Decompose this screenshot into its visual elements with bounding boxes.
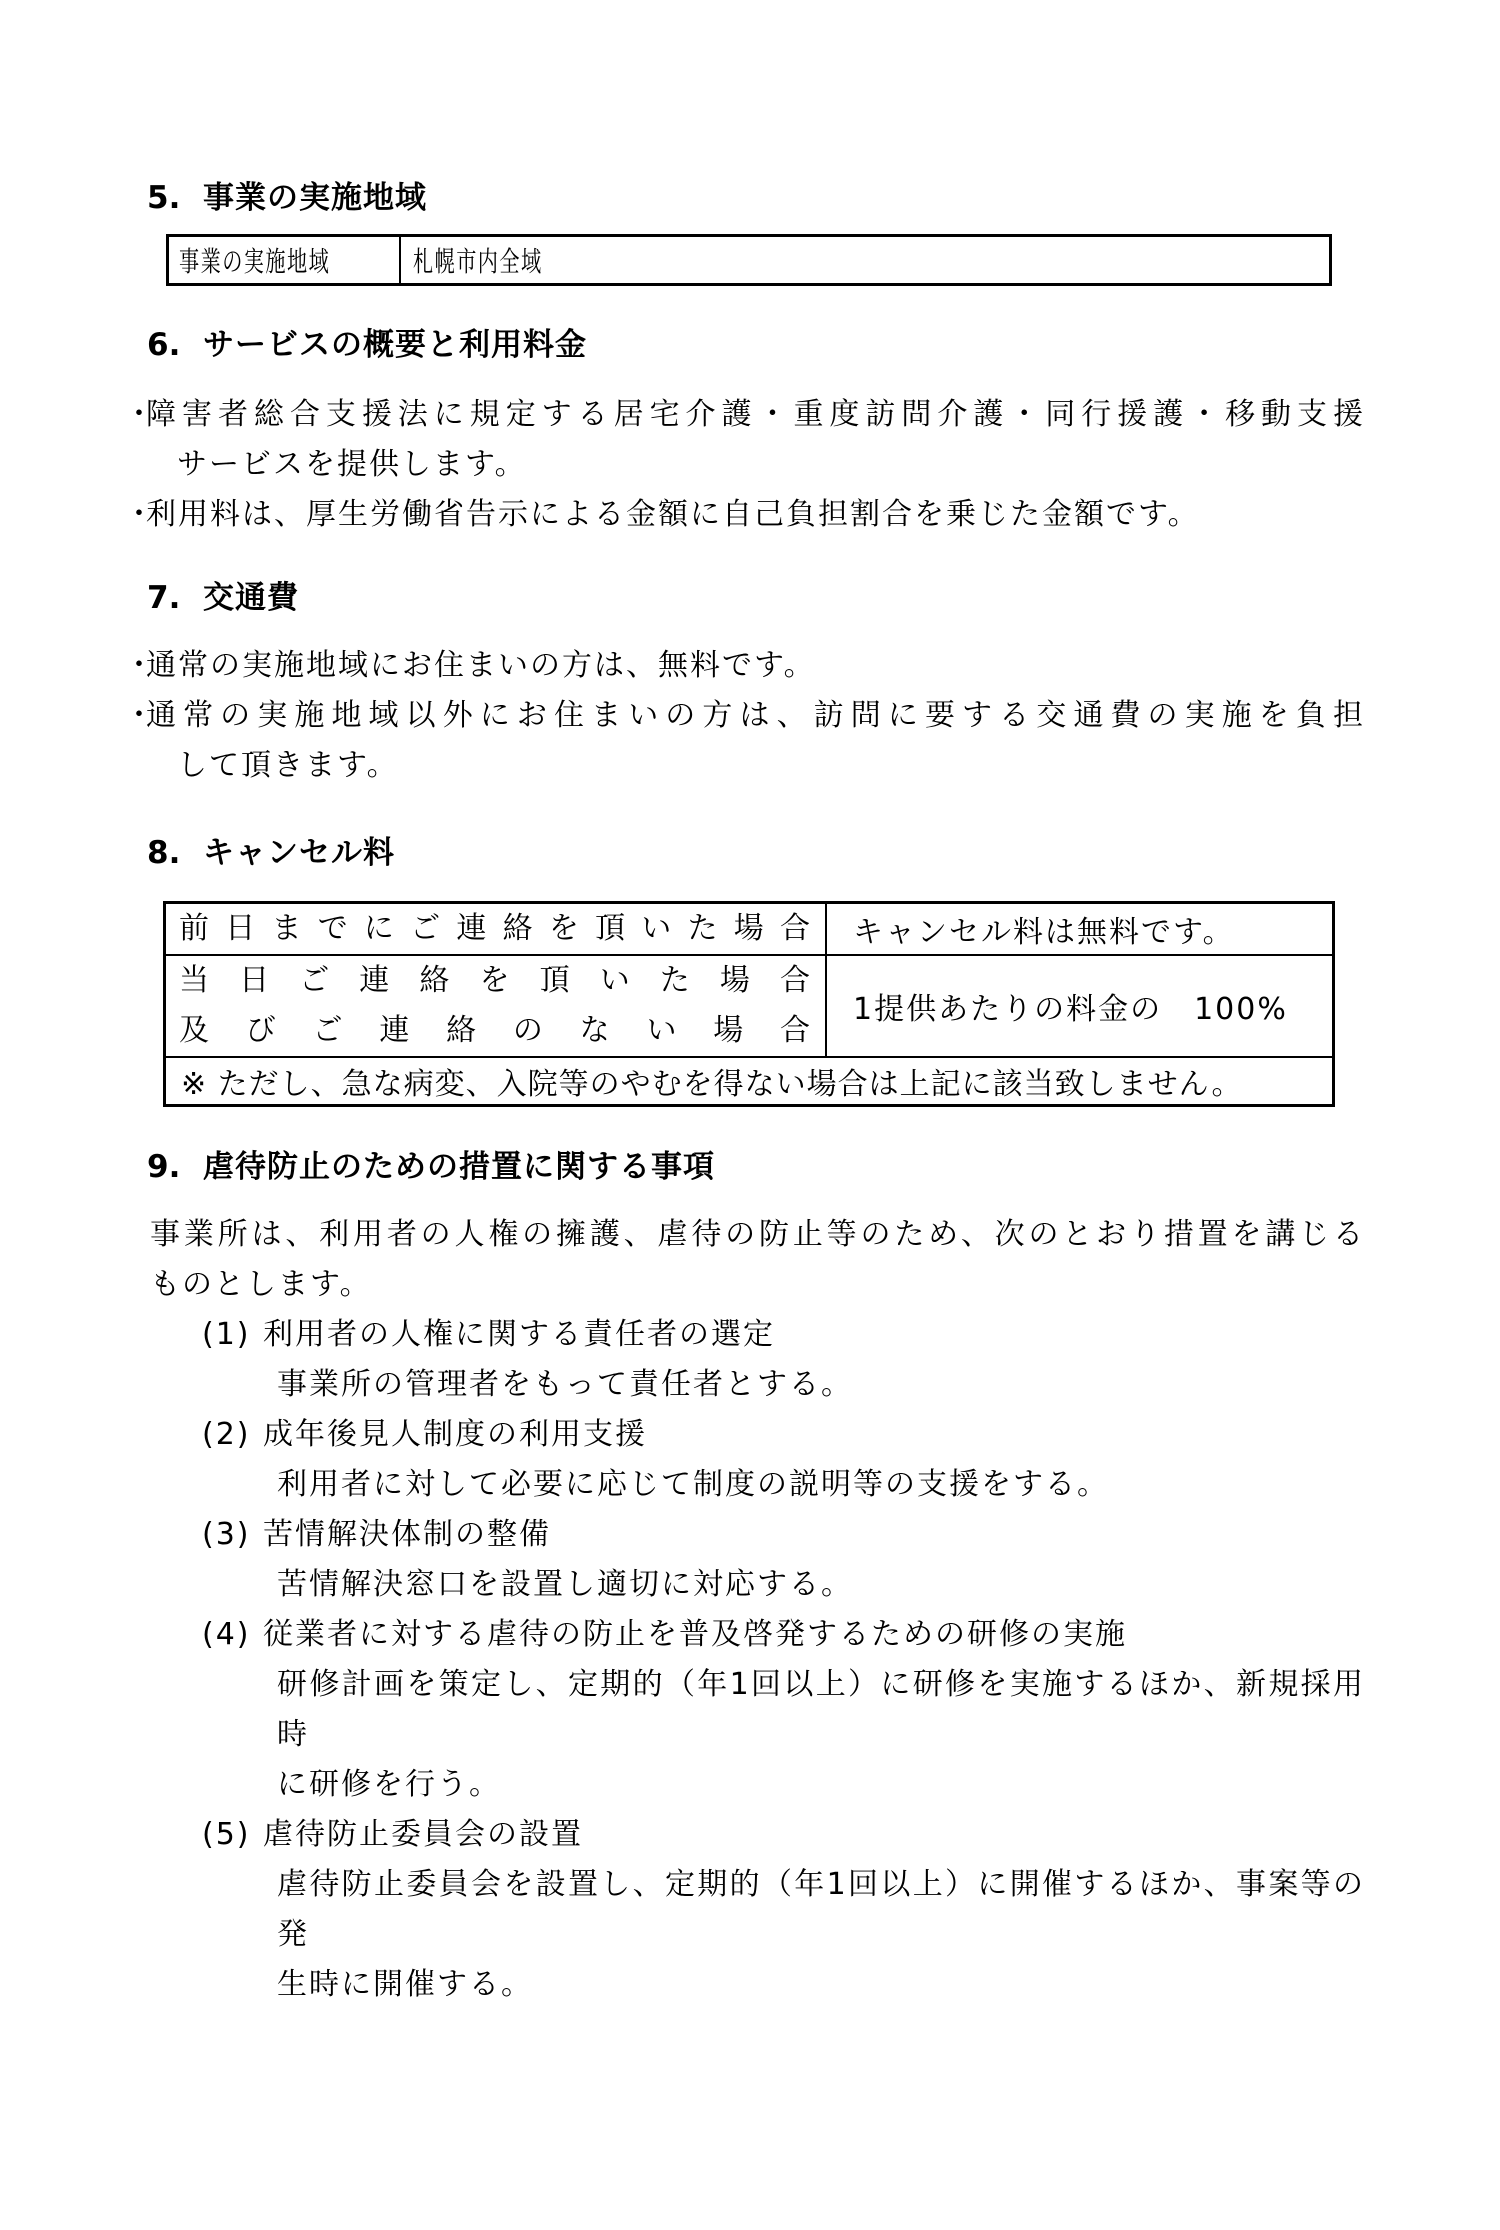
section-9-heading: 9.虐待防止のための措置に関する事項 bbox=[147, 1150, 1500, 1184]
item-detail: 利用者に対して必要に応じて制度の説明等の支援をする。 bbox=[277, 1460, 1365, 1510]
table-row: 当日ご連絡を頂いた場合 及びご連絡のない場合 1提供あたりの料金の 100% bbox=[165, 955, 1334, 1057]
area-label: 事業の実施地域 bbox=[179, 240, 330, 280]
implementation-area-table: 事業の実施地域 札幌市内全域 bbox=[166, 234, 1332, 286]
section-number: 5. bbox=[147, 181, 203, 215]
bottom-margin bbox=[0, 2010, 1500, 2230]
table-row: 前日までにご連絡を頂いた場合 キャンセル料は無料です。 bbox=[165, 903, 1334, 956]
intro-line: ものとします。 bbox=[150, 1260, 1365, 1310]
item-detail: 虐待防止委員会を設置し、定期的（年1回以上）に開催するほか、事案等の発 bbox=[277, 1860, 1365, 1960]
area-label-cell: 事業の実施地域 bbox=[168, 236, 401, 285]
item-detail: に研修を行う。 bbox=[277, 1760, 1365, 1810]
numbered-item-4: (4) 従業者に対する虐待の防止を普及啓発するための研修の実施 研修計画を策定し… bbox=[263, 1610, 1365, 1810]
section-number: 6. bbox=[147, 328, 203, 362]
list-item: ・ 利用料は、厚生労働省告示による金額に自己負担割合を乗じた金額です。 bbox=[146, 490, 1365, 540]
bullet-line: 障害者総合支援法に規定する居宅介護・重度訪問介護・同行援護・移動支援 bbox=[146, 390, 1365, 440]
item-marker: (3) bbox=[202, 1510, 251, 1560]
section-title: 交通費 bbox=[203, 580, 299, 616]
item-detail: 生時に開催する。 bbox=[277, 1960, 1365, 2010]
section-6-heading: 6.サービスの概要と利用料金 bbox=[147, 328, 1500, 362]
numbered-item-2: (2) 成年後見人制度の利用支援 利用者に対して必要に応じて制度の説明等の支援を… bbox=[263, 1410, 1365, 1510]
section-number: 9. bbox=[147, 1150, 203, 1184]
bullet-icon: ・ bbox=[124, 490, 154, 540]
item-title: 虐待防止委員会の設置 bbox=[263, 1810, 1365, 1860]
numbered-item-5: (5) 虐待防止委員会の設置 虐待防止委員会を設置し、定期的（年1回以上）に開催… bbox=[263, 1810, 1365, 2010]
item-title: 従業者に対する虐待の防止を普及啓発するための研修の実施 bbox=[263, 1610, 1365, 1660]
item-detail: 研修計画を策定し、定期的（年1回以上）に研修を実施するほか、新規採用時 bbox=[277, 1660, 1365, 1760]
service-bullets: ・ 障害者総合支援法に規定する居宅介護・重度訪問介護・同行援護・移動支援 サービ… bbox=[0, 390, 1500, 540]
item-marker: (4) bbox=[202, 1610, 251, 1660]
numbered-item-1: (1) 利用者の人権に関する責任者の選定 事業所の管理者をもって責任者とする。 bbox=[263, 1310, 1365, 1410]
section-number: 7. bbox=[147, 581, 203, 615]
item-detail: 事業所の管理者をもって責任者とする。 bbox=[277, 1360, 1365, 1410]
section-title: 事業の実施地域 bbox=[203, 180, 427, 216]
numbered-item-3: (3) 苦情解決体制の整備 苦情解決窓口を設置し適切に対応する。 bbox=[263, 1510, 1365, 1610]
section-8-heading: 8.キャンセル料 bbox=[147, 836, 1500, 870]
bullet-line: サービスを提供します。 bbox=[177, 440, 1365, 490]
item-marker: (5) bbox=[202, 1810, 251, 1860]
table-row: 事業の実施地域 札幌市内全域 bbox=[168, 236, 1331, 285]
cancel-fee-cell: キャンセル料は無料です。 bbox=[826, 903, 1334, 956]
bullet-icon: ・ bbox=[124, 390, 154, 440]
cancel-condition-cell: 前日までにご連絡を頂いた場合 bbox=[165, 903, 827, 956]
bullet-line: 通常の実施地域にお住まいの方は、無料です。 bbox=[146, 641, 1365, 691]
section-title: 虐待防止のための措置に関する事項 bbox=[203, 1149, 715, 1185]
item-title: 成年後見人制度の利用支援 bbox=[263, 1410, 1365, 1460]
abuse-prevention-intro: 事業所は、利用者の人権の擁護、虐待の防止等のため、次のとおり措置を講じる ものと… bbox=[150, 1210, 1365, 1310]
item-marker: (1) bbox=[202, 1310, 251, 1360]
cancel-fee-cell: 1提供あたりの料金の 100% bbox=[826, 955, 1334, 1057]
item-title: 苦情解決体制の整備 bbox=[263, 1510, 1365, 1560]
item-title: 利用者の人権に関する責任者の選定 bbox=[263, 1310, 1365, 1360]
bullet-line: 利用料は、厚生労働省告示による金額に自己負担割合を乗じた金額です。 bbox=[146, 490, 1365, 540]
bullet-icon: ・ bbox=[124, 641, 154, 691]
section-5-heading: 5.事業の実施地域 bbox=[147, 181, 1500, 215]
item-detail: 苦情解決窓口を設置し適切に対応する。 bbox=[277, 1560, 1365, 1610]
area-value-cell: 札幌市内全域 bbox=[400, 236, 1331, 285]
transport-bullets: ・ 通常の実施地域にお住まいの方は、無料です。 ・ 通常の実施地域以外にお住まい… bbox=[0, 641, 1500, 791]
list-item: ・ 通常の実施地域にお住まいの方は、無料です。 bbox=[146, 641, 1365, 691]
area-value: 札幌市内全域 bbox=[413, 240, 543, 280]
section-title: サービスの概要と利用料金 bbox=[203, 327, 587, 363]
section-7-heading: 7.交通費 bbox=[147, 581, 1500, 615]
cancel-note-cell: ※ ただし、急な病変、入院等のやむを得ない場合は上記に該当致しません。 bbox=[165, 1057, 1334, 1106]
section-title: キャンセル料 bbox=[203, 835, 395, 871]
list-item: ・ 通常の実施地域以外にお住まいの方は、訪問に要する交通費の実施を負担 して頂き… bbox=[146, 691, 1365, 791]
bullet-line: 通常の実施地域以外にお住まいの方は、訪問に要する交通費の実施を負担 bbox=[146, 691, 1365, 741]
intro-line: 事業所は、利用者の人権の擁護、虐待の防止等のため、次のとおり措置を講じる bbox=[150, 1210, 1365, 1260]
bullet-icon: ・ bbox=[124, 691, 154, 741]
list-item: ・ 障害者総合支援法に規定する居宅介護・重度訪問介護・同行援護・移動支援 サービ… bbox=[146, 390, 1365, 490]
item-marker: (2) bbox=[202, 1410, 251, 1460]
cancellation-table: 前日までにご連絡を頂いた場合 キャンセル料は無料です。 当日ご連絡を頂いた場合 … bbox=[163, 901, 1335, 1107]
cancel-condition-cell: 当日ご連絡を頂いた場合 及びご連絡のない場合 bbox=[165, 955, 827, 1057]
bullet-line: して頂きます。 bbox=[177, 741, 1365, 791]
section-number: 8. bbox=[147, 836, 203, 870]
table-note-row: ※ ただし、急な病変、入院等のやむを得ない場合は上記に該当致しません。 bbox=[165, 1057, 1334, 1106]
